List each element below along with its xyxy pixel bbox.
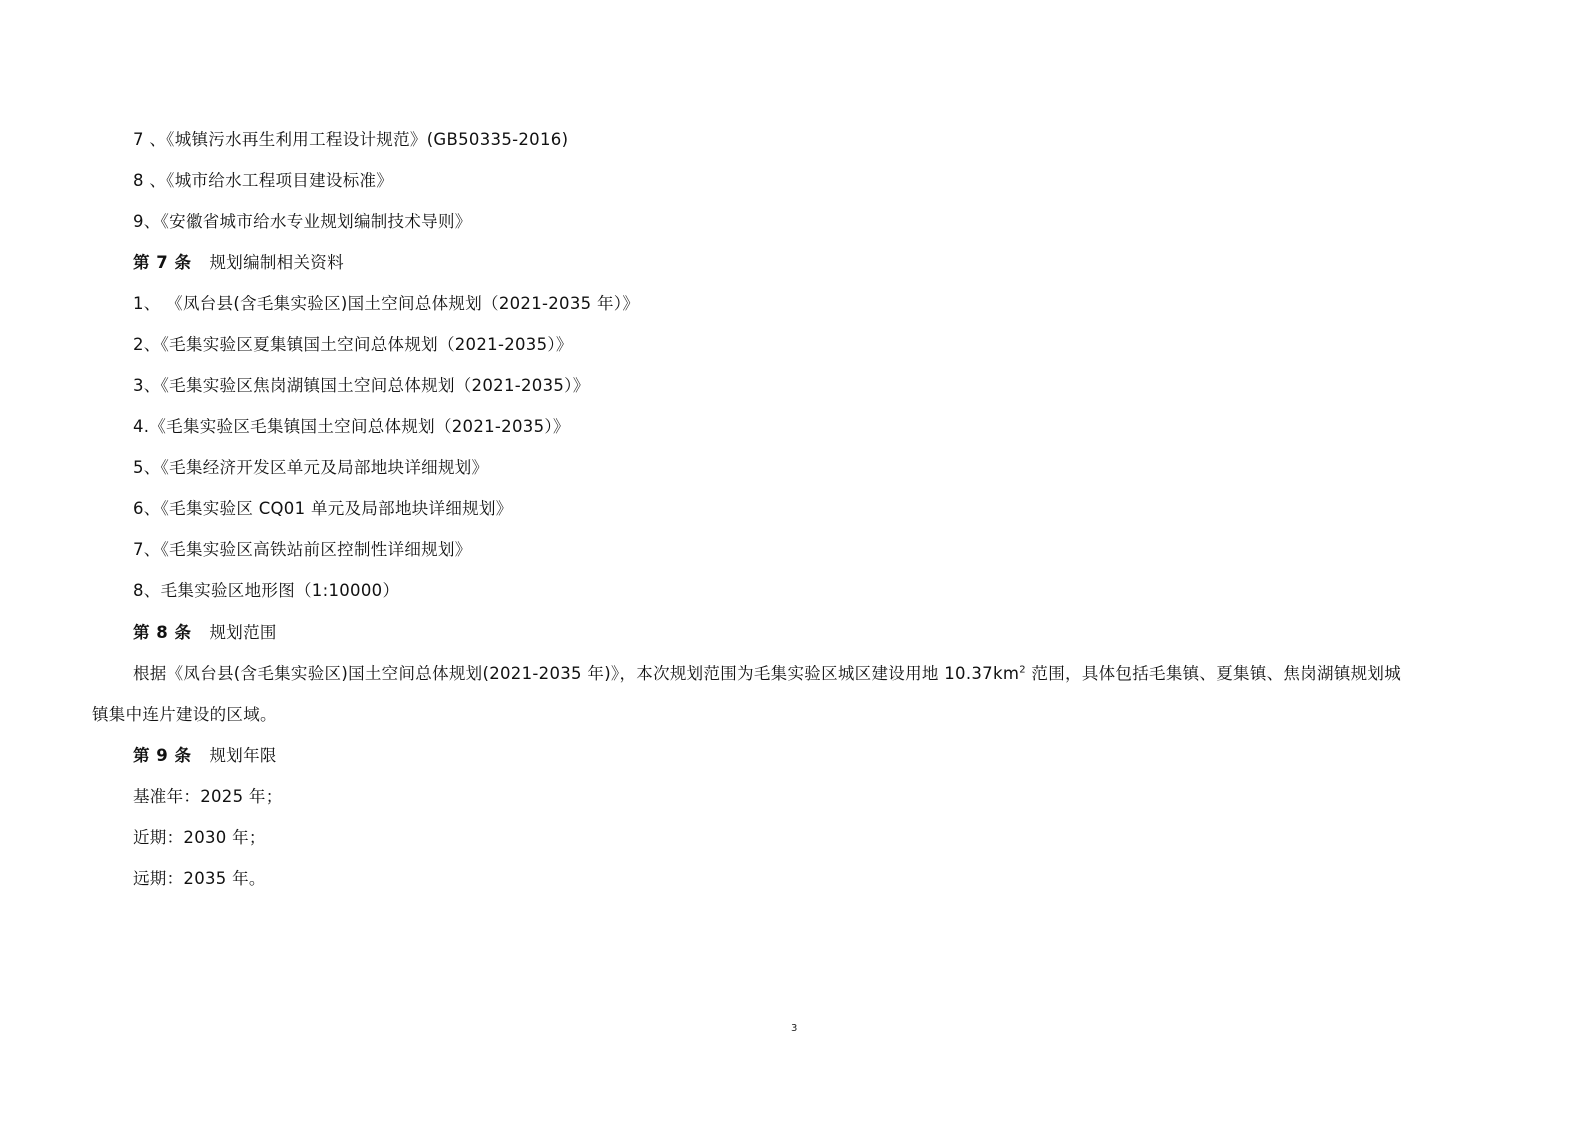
material-item-3: 3、《毛集实验区焦岗湖镇国土空间总体规划（2021-2035）》 bbox=[133, 375, 590, 397]
article-7-heading: 第 7 条规划编制相关资料 bbox=[133, 252, 344, 274]
material-item-7: 7、《毛集实验区高铁站前区控制性详细规划》 bbox=[133, 539, 472, 561]
page-number: 3 bbox=[791, 1023, 797, 1035]
article-8-paragraph-line-2: 镇集中连片建设的区域。 bbox=[92, 704, 277, 726]
superscript-2: 2 bbox=[1019, 665, 1026, 676]
long-term-year: 远期：2035 年。 bbox=[133, 868, 266, 890]
material-item-6: 6、《毛集实验区 CQ01 单元及局部地块详细规划》 bbox=[133, 498, 513, 520]
scope-text-part-2: 范围，具体包括毛集镇、夏集镇、焦岗湖镇规划城 bbox=[1026, 664, 1401, 683]
material-item-4: 4.《毛集实验区毛集镇国土空间总体规划（2021-2035）》 bbox=[133, 416, 570, 438]
article-9-heading: 第 9 条规划年限 bbox=[133, 745, 277, 767]
reference-item-7: 7 、《城镇污水再生利用工程设计规范》(GB50335-2016) bbox=[133, 129, 568, 151]
material-item-2: 2、《毛集实验区夏集镇国土空间总体规划（2021-2035）》 bbox=[133, 334, 573, 356]
article-8-heading: 第 8 条规划范围 bbox=[133, 622, 277, 644]
reference-item-9: 9、《安徽省城市给水专业规划编制技术导则》 bbox=[133, 211, 472, 233]
material-item-1: 1、 《凤台县(含毛集实验区)国土空间总体规划（2021-2035 年）》 bbox=[133, 293, 639, 315]
scope-text-part-1: 根据《凤台县(含毛集实验区)国土空间总体规划(2021-2035 年)》，本次规… bbox=[133, 664, 1019, 683]
article-7-title: 规划编制相关资料 bbox=[209, 253, 343, 272]
article-7-label: 第 7 条 bbox=[133, 253, 191, 272]
article-9-title: 规划年限 bbox=[209, 746, 276, 765]
document-page: 7 、《城镇污水再生利用工程设计规范》(GB50335-2016) 8 、《城市… bbox=[0, 0, 1587, 1122]
base-year: 基准年：2025 年； bbox=[133, 786, 283, 808]
material-item-8: 8、毛集实验区地形图（1:10000） bbox=[133, 580, 399, 602]
article-8-title: 规划范围 bbox=[209, 623, 276, 642]
reference-item-8: 8 、《城市给水工程项目建设标准》 bbox=[133, 170, 393, 192]
article-9-label: 第 9 条 bbox=[133, 746, 191, 765]
material-item-5: 5、《毛集经济开发区单元及局部地块详细规划》 bbox=[133, 457, 488, 479]
article-8-label: 第 8 条 bbox=[133, 623, 191, 642]
near-term-year: 近期：2030 年； bbox=[133, 827, 266, 849]
article-8-paragraph-line-1: 根据《凤台县(含毛集实验区)国土空间总体规划(2021-2035 年)》，本次规… bbox=[133, 663, 1401, 685]
